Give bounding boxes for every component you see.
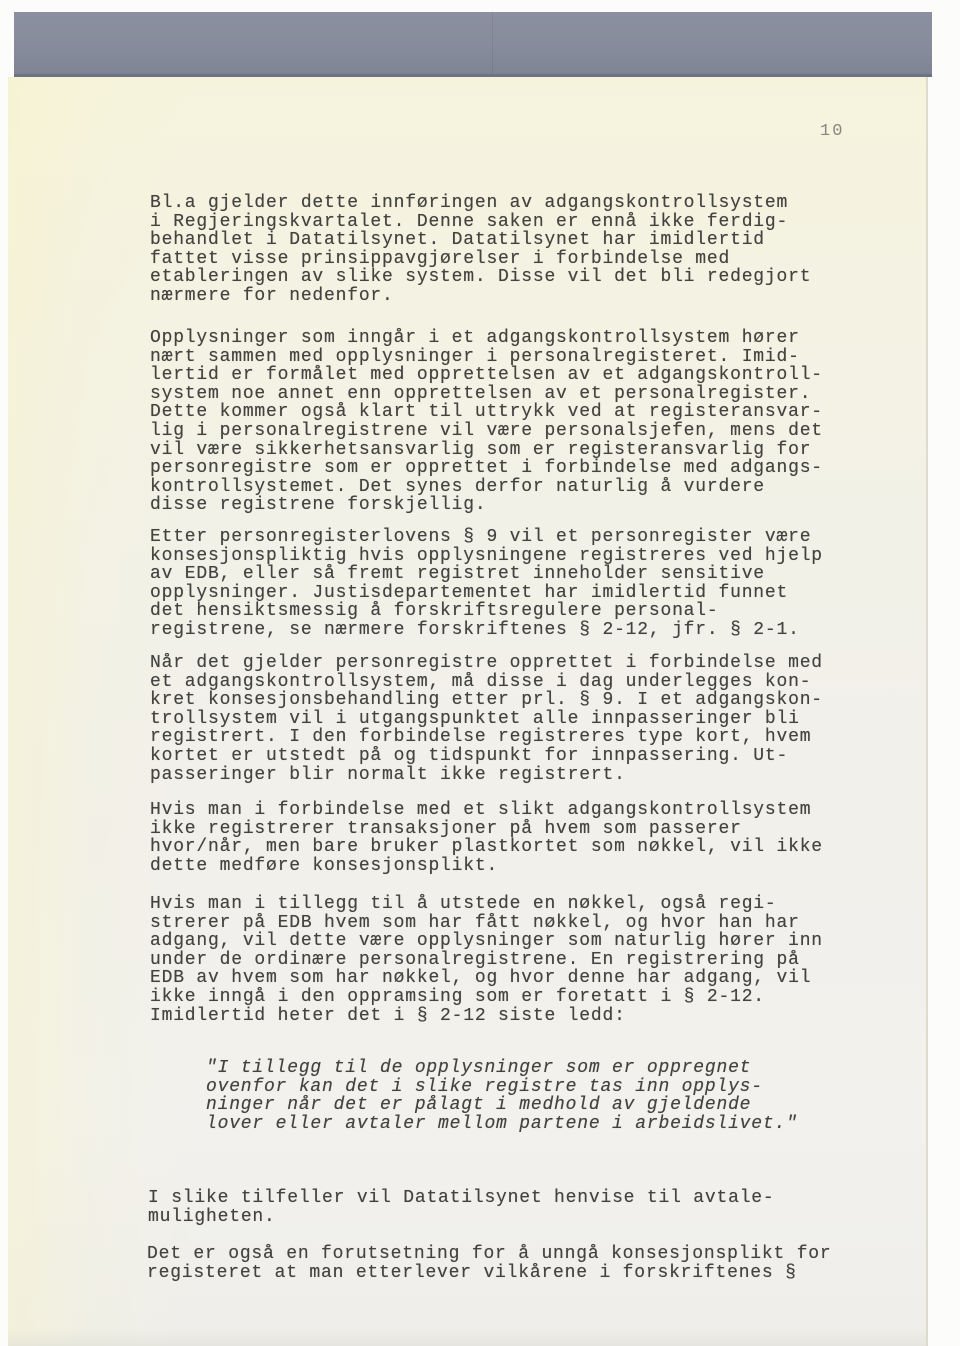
- paragraph-plastkort: Hvis man i forbindelse med et slikt adga…: [150, 801, 823, 875]
- paragraph-konsesjonsbehandling: Når det gjelder personregistre opprettet…: [150, 654, 823, 784]
- paragraph-nokkel-registrering: Hvis man i tillegg til å utstede en nøkk…: [150, 895, 823, 1025]
- scan-top-band: [14, 12, 932, 77]
- scan-fold-line: [492, 12, 493, 74]
- paragraph-opplysninger: Opplysninger som inngår i et adgangskont…: [150, 329, 823, 515]
- scanned-document: 10 Bl.a gjelder dette innføringen av adg…: [0, 0, 960, 1346]
- paragraph-intro: Bl.a gjelder dette innføringen av adgang…: [150, 194, 811, 306]
- page-number: 10: [820, 122, 844, 141]
- block-quote: "I tillegg til de opplysninger som er op…: [206, 1059, 798, 1133]
- paragraph-personregisterloven: Etter personregisterlovens § 9 vil et pe…: [150, 528, 823, 640]
- paper-bottom-shadow: [8, 1328, 926, 1346]
- paragraph-forutsetning: Det er også en forutsetning for å unngå …: [147, 1245, 832, 1282]
- paragraph-avtalemulighet: I slike tilfeller vil Datatilsynet henvi…: [148, 1189, 775, 1226]
